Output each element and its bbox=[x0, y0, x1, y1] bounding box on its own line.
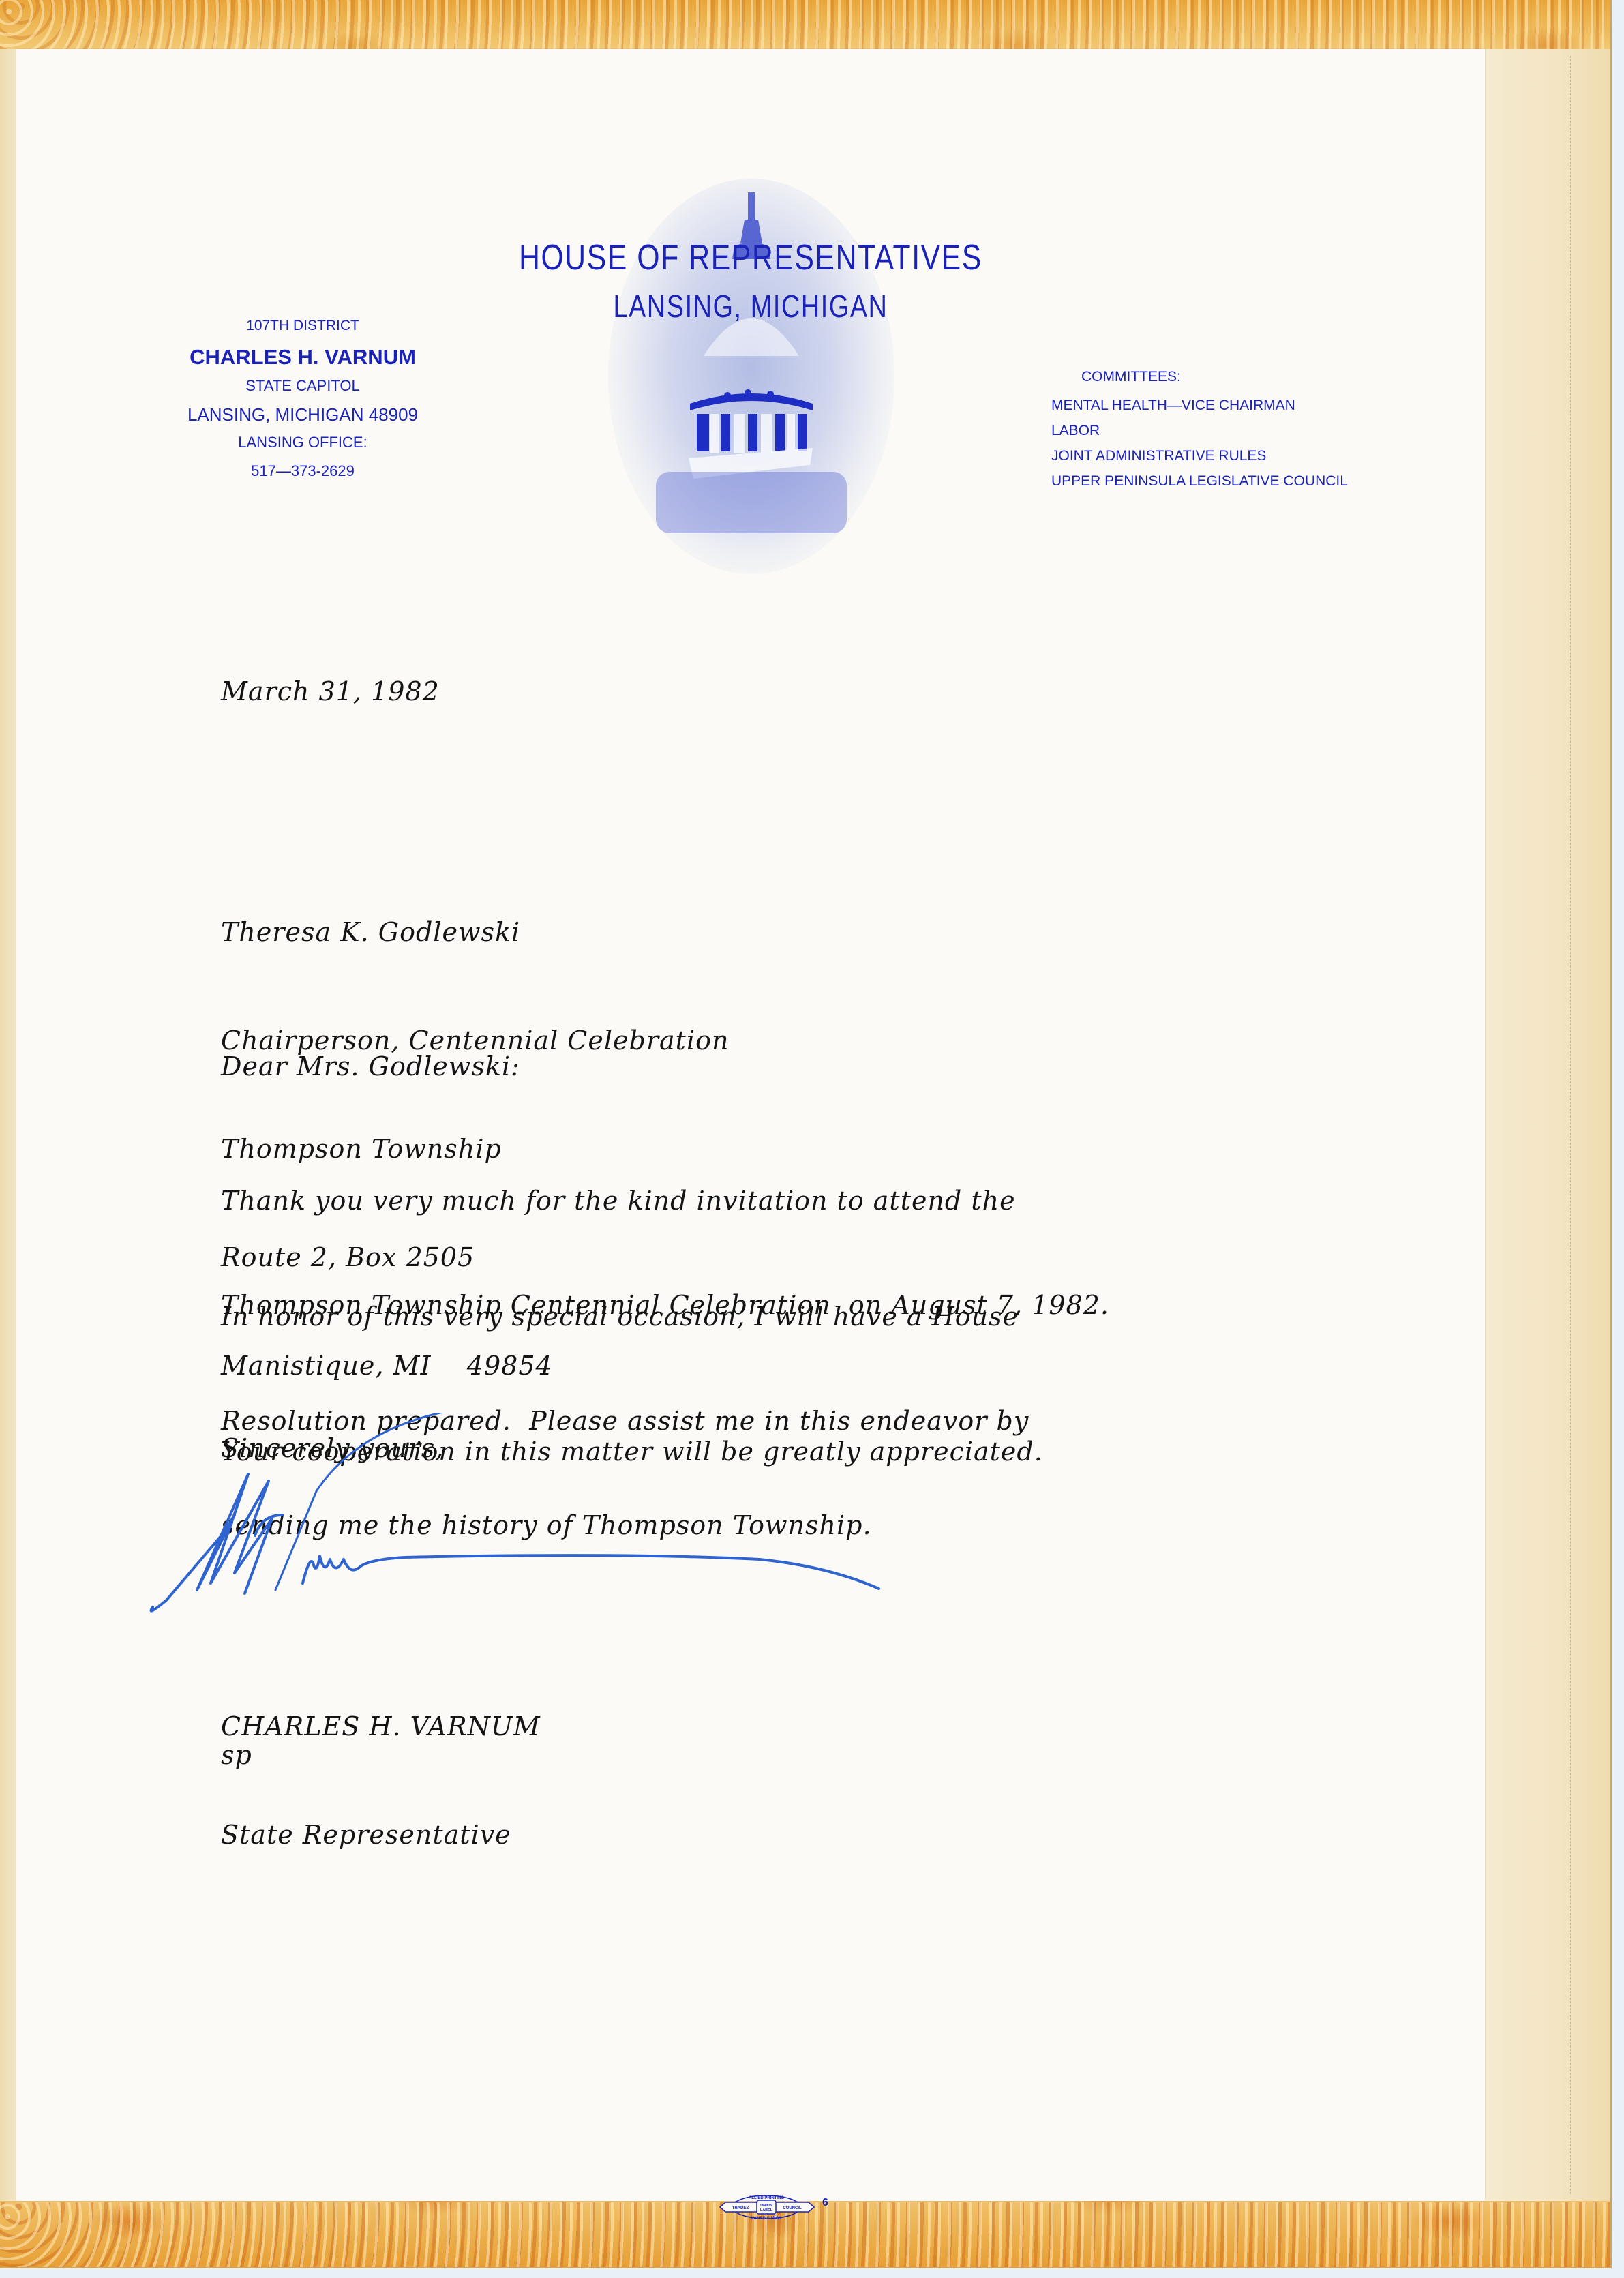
signer-block: CHARLES H. VARNUM State Representative bbox=[221, 1636, 541, 1925]
committee-item: LABOR bbox=[1051, 423, 1348, 438]
union-label-icon: ALLIED PRINTING TRADES UNION LABEL COUNC… bbox=[719, 2193, 821, 2221]
handwritten-signature bbox=[146, 1413, 964, 1645]
svg-text:LABEL: LABEL bbox=[760, 2208, 773, 2213]
committee-item: JOINT ADMINISTRATIVE RULES bbox=[1051, 449, 1348, 463]
letter-page: HOUSE OF REPRESENTATIVES LANSING, MICHIG… bbox=[16, 49, 1485, 2201]
member-city-zip: LANSING, MICHIGAN 48909 bbox=[146, 406, 460, 423]
member-phone: 517—373-2629 bbox=[146, 464, 460, 479]
letterhead-title: HOUSE OF REPRESENTATIVES bbox=[149, 237, 1353, 278]
member-district: 107TH DISTRICT bbox=[146, 318, 460, 333]
svg-text:COUNCIL: COUNCIL bbox=[783, 2206, 802, 2210]
signer-name: CHARLES H. VARNUM bbox=[221, 1709, 541, 1745]
member-office-label: LANSING OFFICE: bbox=[146, 435, 460, 450]
signer-title: State Representative bbox=[221, 1817, 541, 1853]
salutation: Dear Mrs. Godlewski: bbox=[221, 1051, 520, 1081]
svg-text:TRADES: TRADES bbox=[732, 2206, 749, 2210]
member-block: 107TH DISTRICT CHARLES H. VARNUM STATE C… bbox=[146, 318, 460, 479]
committees-block: COMMITTEES: MENTAL HEALTH—VICE CHAIRMAN … bbox=[1051, 370, 1348, 499]
backing-left-edge bbox=[0, 49, 16, 2201]
body-line: Thank you very much for the kind invitat… bbox=[221, 1184, 1109, 1218]
committee-item: UPPER PENINSULA LEGISLATIVE COUNCIL bbox=[1051, 474, 1348, 488]
svg-text:LANSING MICH: LANSING MICH bbox=[751, 2217, 781, 2221]
svg-text:UNION: UNION bbox=[760, 2204, 772, 2208]
letter-date: March 31, 1982 bbox=[221, 676, 440, 706]
committees-heading: COMMITTEES: bbox=[1081, 370, 1348, 384]
member-address: STATE CAPITOL bbox=[146, 378, 460, 393]
committee-item: MENTAL HEALTH—VICE CHAIRMAN bbox=[1051, 398, 1348, 413]
recipient-name: Theresa K. Godlewski bbox=[221, 914, 729, 950]
typist-initials: sp bbox=[221, 1740, 252, 1770]
member-name: CHARLES H. VARNUM bbox=[146, 346, 460, 368]
svg-text:ALLIED PRINTING: ALLIED PRINTING bbox=[749, 2196, 784, 2200]
body-line: In honor of this very special occasion, … bbox=[221, 1300, 1029, 1334]
plate-number: 6 bbox=[822, 2197, 828, 2209]
backing-right-edge bbox=[1485, 49, 1610, 2201]
